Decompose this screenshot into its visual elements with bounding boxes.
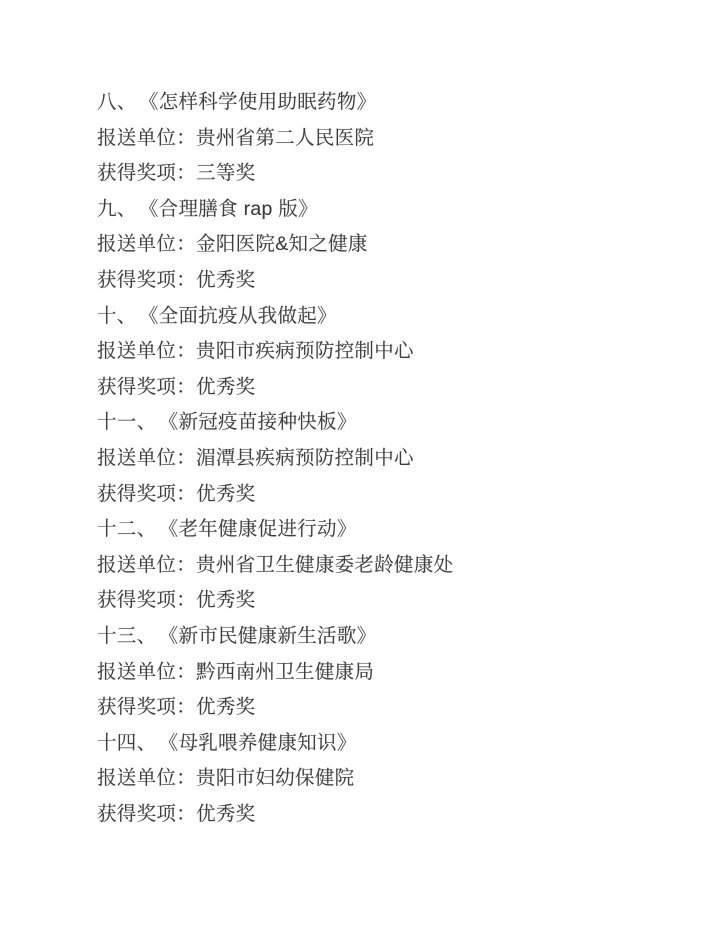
award-entry: 十一、《新冠疫苗接种快板》 报送单位：湄潭县疾病预防控制中心 获得奖项：优秀奖 <box>97 405 680 512</box>
award-value: 优秀奖 <box>196 269 255 291</box>
entry-heading: 十、《全面抗疫从我做起》 <box>97 299 680 335</box>
award-entry: 十三、《新市民健康新生活歌》 报送单位：黔西南州卫生健康局 获得奖项：优秀奖 <box>97 619 680 726</box>
org-label: 报送单位： <box>97 447 196 469</box>
entry-org-line: 报送单位：贵州省第二人民医院 <box>97 121 680 157</box>
org-label: 报送单位： <box>97 340 196 362</box>
org-label: 报送单位： <box>97 554 196 576</box>
entry-org-line: 报送单位：贵州省卫生健康委老龄健康处 <box>97 548 680 584</box>
entry-number: 十一、 <box>97 411 156 433</box>
award-label: 获得奖项： <box>97 696 196 718</box>
entry-heading: 十三、《新市民健康新生活歌》 <box>97 619 680 655</box>
award-entry: 八、《怎样科学使用助眠药物》 报送单位：贵州省第二人民医院 获得奖项：三等奖 <box>97 85 680 192</box>
entry-title: 《合理膳食 rap 版》 <box>149 198 318 220</box>
entry-org-line: 报送单位：黔西南州卫生健康局 <box>97 655 680 691</box>
entry-award-line: 获得奖项：优秀奖 <box>97 370 680 406</box>
entry-award-line: 获得奖项：优秀奖 <box>97 263 680 299</box>
org-value: 黔西南州卫生健康局 <box>196 661 374 683</box>
org-value: 贵阳市妇幼保健院 <box>196 767 354 789</box>
org-value: 贵阳市疾病预防控制中心 <box>196 340 414 362</box>
entry-heading: 八、《怎样科学使用助眠药物》 <box>97 85 680 121</box>
entry-heading: 十二、《老年健康促进行动》 <box>97 512 680 548</box>
award-entry: 十四、《母乳喂养健康知识》 报送单位：贵阳市妇幼保健院 获得奖项：优秀奖 <box>97 726 680 833</box>
entry-title: 《母乳喂养健康知识》 <box>168 732 356 754</box>
org-value: 金阳医院&知之健康 <box>196 233 368 255</box>
award-label: 获得奖项： <box>97 483 196 505</box>
org-value: 贵州省卫生健康委老龄健康处 <box>196 554 453 576</box>
entry-number: 十、 <box>97 305 137 327</box>
award-entry: 十二、《老年健康促进行动》 报送单位：贵州省卫生健康委老龄健康处 获得奖项：优秀… <box>97 512 680 619</box>
entry-heading: 十四、《母乳喂养健康知识》 <box>97 726 680 762</box>
award-label: 获得奖项： <box>97 589 196 611</box>
entry-award-line: 获得奖项：优秀奖 <box>97 797 680 833</box>
entry-title: 《全面抗疫从我做起》 <box>149 305 337 327</box>
award-value: 三等奖 <box>196 162 255 184</box>
entry-heading: 九、《合理膳食 rap 版》 <box>97 192 680 228</box>
entry-award-line: 获得奖项：优秀奖 <box>97 583 680 619</box>
org-value: 贵州省第二人民医院 <box>196 127 374 149</box>
entry-title: 《老年健康促进行动》 <box>168 518 356 540</box>
entry-award-line: 获得奖项：三等奖 <box>97 156 680 192</box>
org-label: 报送单位： <box>97 767 196 789</box>
org-label: 报送单位： <box>97 127 196 149</box>
entry-org-line: 报送单位：贵阳市妇幼保健院 <box>97 761 680 797</box>
award-value: 优秀奖 <box>196 803 255 825</box>
org-label: 报送单位： <box>97 233 196 255</box>
award-entry: 九、《合理膳食 rap 版》 报送单位：金阳医院&知之健康 获得奖项：优秀奖 <box>97 192 680 299</box>
entry-org-line: 报送单位：湄潭县疾病预防控制中心 <box>97 441 680 477</box>
entry-number: 十三、 <box>97 625 156 647</box>
entry-award-line: 获得奖项：优秀奖 <box>97 477 680 513</box>
award-value: 优秀奖 <box>196 483 255 505</box>
award-entry: 十、《全面抗疫从我做起》 报送单位：贵阳市疾病预防控制中心 获得奖项：优秀奖 <box>97 299 680 406</box>
award-label: 获得奖项： <box>97 269 196 291</box>
entry-org-line: 报送单位：金阳医院&知之健康 <box>97 227 680 263</box>
award-label: 获得奖项： <box>97 162 196 184</box>
entry-award-line: 获得奖项：优秀奖 <box>97 690 680 726</box>
award-label: 获得奖项： <box>97 803 196 825</box>
entry-heading: 十一、《新冠疫苗接种快板》 <box>97 405 680 441</box>
entry-number: 十二、 <box>97 518 156 540</box>
award-value: 优秀奖 <box>196 589 255 611</box>
award-value: 优秀奖 <box>196 376 255 398</box>
entry-title: 《新市民健康新生活歌》 <box>168 625 376 647</box>
entry-org-line: 报送单位：贵阳市疾病预防控制中心 <box>97 334 680 370</box>
org-value: 湄潭县疾病预防控制中心 <box>196 447 414 469</box>
entry-title: 《新冠疫苗接种快板》 <box>168 411 356 433</box>
entry-title: 《怎样科学使用助眠药物》 <box>149 91 377 113</box>
document-page: 八、《怎样科学使用助眠药物》 报送单位：贵州省第二人民医院 获得奖项：三等奖 九… <box>0 0 720 929</box>
award-label: 获得奖项： <box>97 376 196 398</box>
entry-number: 十四、 <box>97 732 156 754</box>
award-value: 优秀奖 <box>196 696 255 718</box>
entry-number: 八、 <box>97 91 137 113</box>
entry-number: 九、 <box>97 198 137 220</box>
org-label: 报送单位： <box>97 661 196 683</box>
